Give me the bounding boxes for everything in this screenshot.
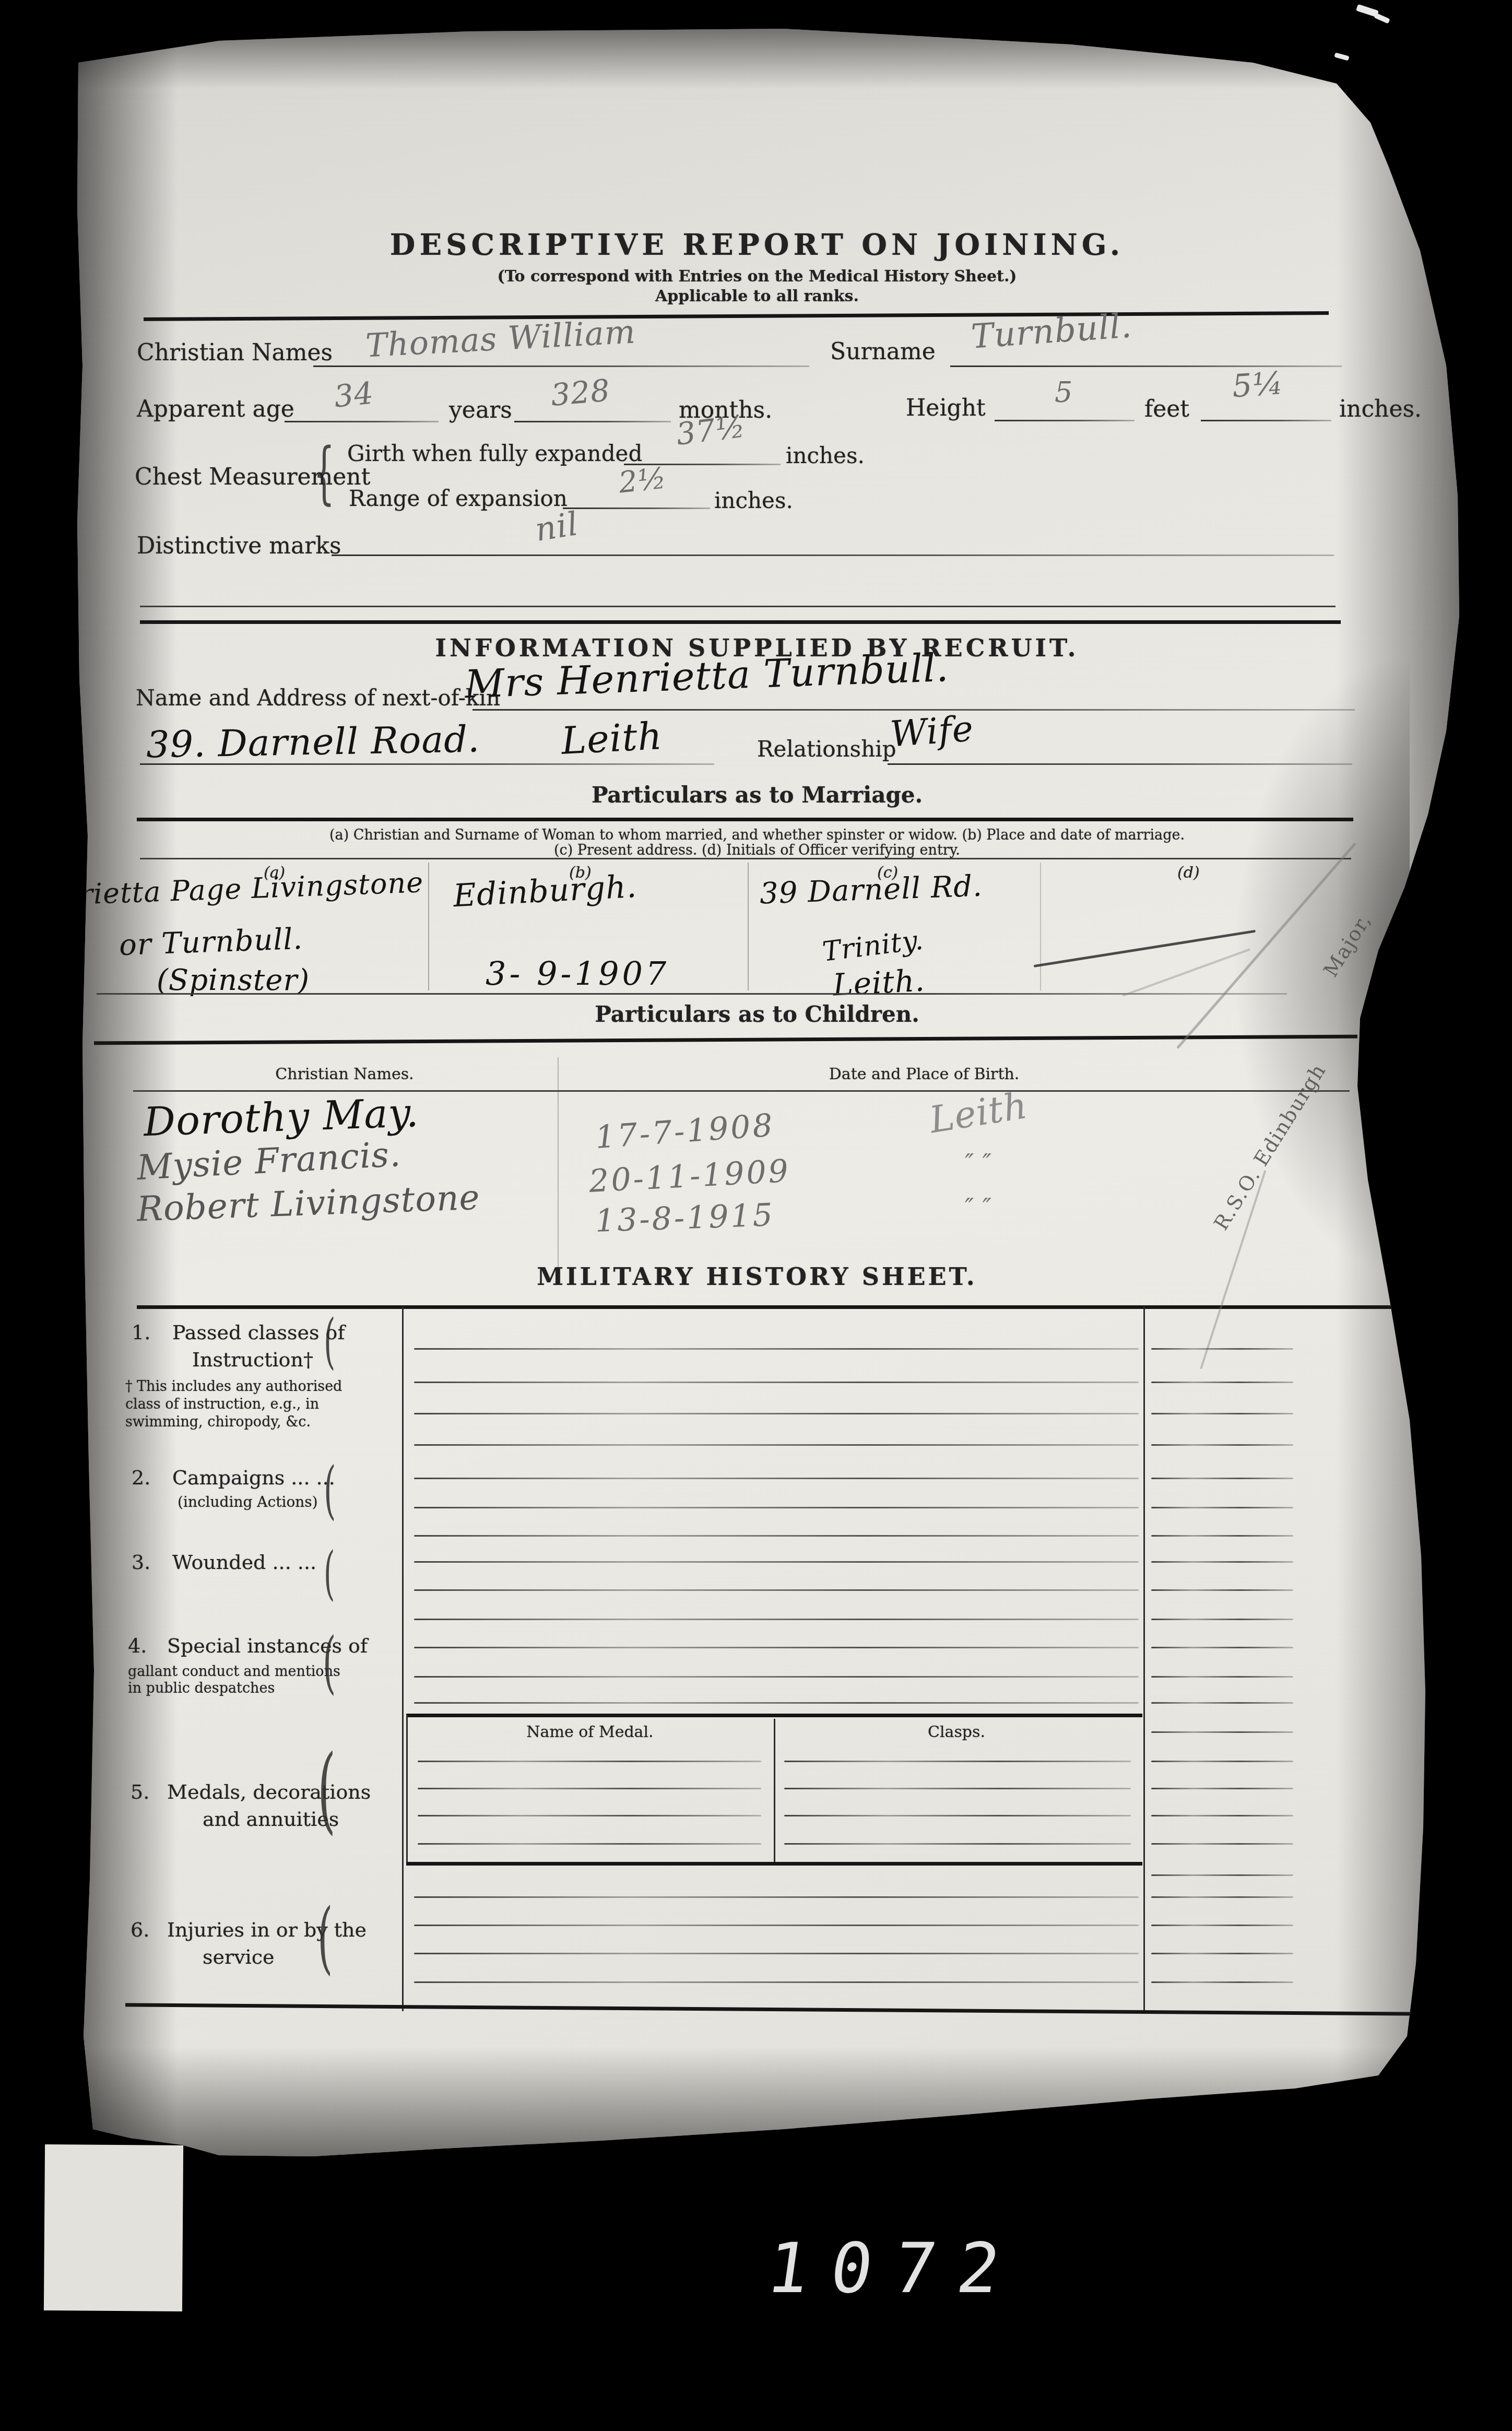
item-5-num: 5. — [131, 1780, 149, 1803]
christian-names-line — [313, 365, 809, 367]
item-2-label-2: (including Actions) — [178, 1493, 318, 1510]
ruled-entry-line — [414, 1348, 1139, 1350]
ruled-entry-line — [1151, 1507, 1293, 1508]
expansion-line — [563, 508, 710, 509]
item-5-brace: ( — [317, 1743, 336, 1837]
girth-unit: inches. — [786, 443, 865, 468]
child-3-place: ″ ″ — [965, 1193, 992, 1221]
height-feet-unit: feet — [1144, 396, 1189, 422]
ruled-entry-line — [1151, 1925, 1293, 1926]
ruled-entry-line — [1151, 1981, 1293, 1983]
medal-table-divider — [774, 1719, 775, 1865]
marriage-woman-name-3: (Spinster) — [157, 963, 310, 997]
chest-measurement-label: Chest Measurement — [135, 464, 370, 490]
expansion-value: 2½ — [617, 461, 668, 500]
next-of-kin-address: 39. Darnell Road. — [146, 717, 480, 766]
ruled-entry-line — [1151, 1843, 1293, 1845]
marriage-heading: Particulars as to Marriage. — [365, 782, 1149, 808]
item-1-label-2: Instruction† — [192, 1348, 313, 1371]
medal-name-column-header: Name of Medal. — [418, 1723, 762, 1741]
child-1-date: 17-7-1908 — [594, 1107, 776, 1156]
top-edge-shadow — [73, 21, 1389, 89]
medal-table-left-border — [406, 1715, 408, 1865]
item-5-label: Medals, decorations — [167, 1780, 371, 1803]
pencil-signature-stroke — [1176, 842, 1356, 1049]
medal-table-top — [406, 1714, 1142, 1717]
marriage-divider-bc — [748, 863, 749, 990]
page-subtitle: (To correspond with Entries on the Medic… — [209, 267, 1305, 286]
relationship-line — [888, 763, 1352, 765]
medal-table-bottom — [406, 1862, 1142, 1866]
children-top-rule — [94, 1035, 1357, 1045]
ruled-entry-line — [414, 1981, 1139, 1983]
marriage-address-1: 39 Darnell Rd. — [759, 869, 983, 911]
ruled-entry-line — [1151, 1348, 1293, 1350]
ruled-entry-line — [414, 1507, 1139, 1508]
ruled-entry-line — [414, 1953, 1139, 1954]
ruled-entry-line — [784, 1788, 1131, 1789]
item-4-num: 4. — [128, 1634, 147, 1657]
marriage-divider-ab — [428, 863, 429, 990]
page-title: DESCRIPTIVE REPORT ON JOINING. — [209, 228, 1305, 262]
marriage-footnote-1: (a) Christian and Surname of Woman to wh… — [157, 827, 1357, 843]
ruled-entry-line — [414, 1561, 1139, 1563]
military-footnote-1: † This includes any authorised — [125, 1378, 342, 1395]
children-heading: Particulars as to Children. — [365, 1001, 1149, 1027]
ruled-entry-line — [414, 1535, 1139, 1537]
ruled-entry-line — [1151, 1896, 1293, 1898]
marriage-woman-name-1: Henrietta Page Livingstone — [18, 866, 424, 913]
ruled-entry-line — [1151, 1413, 1293, 1414]
form-paper: DESCRIPTIVE REPORT ON JOINING. (To corre… — [0, 0, 1512, 2431]
height-label: Height — [906, 395, 986, 421]
distinctive-marks-line — [332, 554, 1334, 556]
height-inches-value: 5¼ — [1231, 365, 1285, 405]
ruled-entry-line — [1151, 1619, 1293, 1620]
item-2-label: Campaigns ... ... — [172, 1466, 335, 1489]
ruled-entry-line — [414, 1702, 1139, 1704]
ruled-entry-line — [414, 1589, 1139, 1591]
ruled-entry-line — [1151, 1382, 1293, 1383]
section-divider-heavy — [140, 620, 1341, 624]
ruled-entry-line — [418, 1761, 761, 1762]
item-3-brace: ( — [324, 1544, 335, 1602]
stamp-rso-edinburgh: R.S.O. Edinburgh — [1209, 1059, 1330, 1234]
expansion-label: Range of expansion — [349, 486, 568, 511]
item-4-brace: ( — [323, 1628, 336, 1696]
film-scratch-3 — [1334, 53, 1349, 61]
child-2-date: 20-11-1909 — [588, 1153, 791, 1200]
relationship-value: Wife — [889, 709, 975, 756]
military-left-divider — [402, 1306, 404, 2011]
ruled-entry-line — [784, 1761, 1131, 1762]
ruled-entry-line — [1151, 1647, 1293, 1648]
item-1-num: 1. — [132, 1321, 150, 1344]
item-6-num: 6. — [131, 1918, 149, 1941]
distinctive-marks-value: nil — [533, 504, 581, 549]
item-1-label: Passed classes of — [172, 1321, 345, 1344]
marriage-date: 3- 9-1907 — [486, 954, 669, 993]
children-birth-column-header: Date and Place of Birth. — [700, 1065, 1149, 1083]
ruled-entry-line — [418, 1815, 761, 1816]
item-3-label: Wounded ... ... — [172, 1551, 316, 1574]
marriage-divider-cd — [1040, 863, 1041, 990]
children-name-column-header: Christian Names. — [157, 1065, 533, 1083]
item-4-label-2: gallant conduct and mentions — [128, 1663, 340, 1680]
next-of-kin-line — [473, 709, 1355, 711]
ruled-entry-line — [1151, 1731, 1293, 1733]
film-scratch-2 — [1374, 13, 1390, 23]
ruled-entry-line — [1151, 1589, 1293, 1591]
rule-under-title — [144, 311, 1329, 321]
height-feet-value: 5 — [1055, 376, 1073, 409]
scanned-document-photo: DESCRIPTIVE REPORT ON JOINING. (To corre… — [0, 0, 1512, 2431]
children-header-rule — [133, 1090, 1350, 1092]
item-6-brace: ( — [317, 1898, 333, 1977]
ruled-entry-line — [1151, 1953, 1293, 1954]
marriage-footnote-2: (c) Present address. (d) Initials of Off… — [157, 842, 1357, 858]
christian-names-label: Christian Names — [137, 339, 333, 366]
surname-label: Surname — [830, 338, 936, 365]
ruled-entry-line — [1151, 1874, 1293, 1876]
height-inches-line — [1201, 420, 1331, 421]
military-right-divider — [1143, 1306, 1145, 2011]
item-6-label: Injuries in or by the — [167, 1918, 367, 1941]
apparent-age-label: Apparent age — [137, 396, 294, 422]
military-footnote-3: swimming, chiropody, &c. — [125, 1414, 311, 1430]
ruled-entry-line — [1151, 1444, 1293, 1446]
ruled-entry-line — [1151, 1676, 1293, 1678]
ruled-entry-line — [784, 1843, 1131, 1845]
marriage-top-rule — [137, 818, 1353, 821]
ruled-entry-line — [414, 1676, 1139, 1678]
ruled-entry-line — [1151, 1535, 1293, 1537]
ruled-entry-line — [414, 1382, 1139, 1383]
item-6-label-2: service — [203, 1945, 275, 1968]
next-of-kin-town: Leith — [560, 714, 664, 763]
child-1-place: Leith — [927, 1084, 1031, 1141]
ruled-entry-line — [414, 1925, 1139, 1926]
ruled-entry-line — [1151, 1788, 1293, 1789]
page-applicability-note: Applicable to all ranks. — [209, 287, 1305, 305]
ruled-entry-line — [414, 1619, 1139, 1620]
ruled-entry-line — [418, 1788, 761, 1789]
child-2-place: ″ ″ — [965, 1149, 992, 1177]
ruled-entry-line — [414, 1647, 1139, 1648]
ruled-entry-line — [414, 1444, 1139, 1446]
pencil-signature-stroke-3 — [1122, 948, 1250, 997]
microfilm-frame-number: 1072 — [762, 2228, 1027, 2309]
relationship-label: Relationship — [757, 736, 896, 762]
child-3-date: 13-8-1915 — [595, 1197, 775, 1240]
surname-line — [950, 365, 1342, 367]
marriage-col-d: (d) — [1177, 864, 1200, 882]
item-3-num: 3. — [132, 1551, 150, 1574]
marriage-bottom-rule — [97, 993, 1287, 995]
marriage-address-3: Leith. — [832, 962, 926, 1002]
ruled-entry-line — [414, 1478, 1139, 1479]
christian-names-value: Thomas William — [364, 313, 636, 365]
military-heading: MILITARY HISTORY SHEET. — [365, 1262, 1149, 1291]
next-of-kin-label: Name and Address of next-of-kin — [136, 685, 500, 711]
ink-flourish-stroke — [1034, 930, 1256, 967]
stamp-major: Major, — [1319, 909, 1375, 981]
medal-clasps-column-header: Clasps. — [784, 1723, 1129, 1741]
item-4-label-3: in public despatches — [128, 1680, 275, 1696]
item-2-brace: ( — [324, 1459, 336, 1522]
ruled-entry-line — [1151, 1702, 1293, 1704]
item-2-num: 2. — [132, 1466, 150, 1489]
item-4-label: Special instances of — [167, 1634, 368, 1657]
item-1-brace: ( — [324, 1312, 335, 1372]
marriage-header-rule — [140, 858, 1351, 859]
ruled-entry-line — [414, 1413, 1139, 1414]
military-footnote-2: class of instruction, e.g., in — [125, 1396, 319, 1412]
ruled-entry-line — [418, 1843, 761, 1845]
age-years-value: 34 — [333, 375, 376, 415]
military-bottom-rule — [125, 2003, 1415, 2015]
age-months-value: 328 — [549, 372, 611, 413]
age-years-unit: years — [449, 397, 512, 423]
ruled-entry-line — [1151, 1561, 1293, 1563]
ruled-entry-line — [1151, 1761, 1293, 1762]
age-months-line — [514, 421, 671, 422]
marriage-address-2: Trinity. — [821, 924, 925, 967]
height-inches-unit: inches. — [1339, 396, 1422, 422]
expansion-unit: inches. — [714, 488, 793, 513]
ruled-entry-line — [414, 1896, 1139, 1898]
right-edge-shadow — [1337, 52, 1472, 2088]
ruled-entry-line — [1151, 1815, 1293, 1816]
blank-card — [44, 2144, 183, 2311]
height-feet-line — [995, 420, 1135, 421]
distinctive-marks-label: Distinctive marks — [137, 533, 341, 559]
marriage-woman-name-2: or Turnbull. — [119, 922, 303, 962]
bottom-edge-shadow — [78, 2047, 1415, 2159]
ruled-entry-line — [784, 1815, 1131, 1816]
girth-value: 37½ — [674, 408, 747, 452]
ruled-entry-line — [1151, 1478, 1293, 1479]
age-years-line — [285, 421, 439, 422]
section-divider-thin — [140, 606, 1336, 607]
marriage-place: Edinburgh. — [452, 868, 637, 914]
girth-label: Girth when fully expanded — [347, 441, 642, 466]
address-line — [140, 763, 714, 765]
